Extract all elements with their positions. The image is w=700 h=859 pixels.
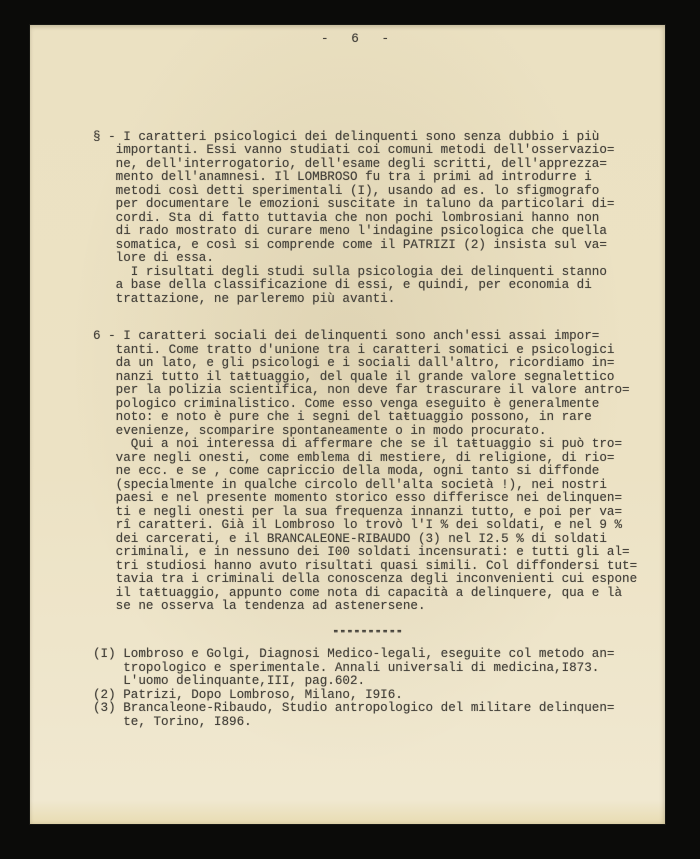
text-line: vare negli onesti, come emblema di mesti… bbox=[93, 452, 665, 466]
text-line: (2) Patrizi, Dopo Lombroso, Milano, I9I6… bbox=[93, 689, 665, 703]
text-line: (specialmente in qualche circolo dell'al… bbox=[93, 479, 665, 493]
text-line: per la polizia scientifica, non deve far… bbox=[93, 384, 665, 398]
text-line: il taŧtuaggio, appunto come nota di capa… bbox=[93, 587, 665, 601]
text-line: L'uomo delinquante,III, pag.602. bbox=[93, 675, 665, 689]
text-line: da un lato, e gli psicologi e i sociali … bbox=[93, 357, 665, 371]
text-line: di rado mostrato di curare meno l'indagi… bbox=[93, 225, 665, 239]
page-number: - 6 - bbox=[321, 33, 665, 47]
text-line: nanzi tutto il taŧtuaggio, del quale il … bbox=[93, 371, 665, 385]
text-line: evenienze, scomparire spontaneamente o i… bbox=[93, 425, 665, 439]
document-page: - 6 - § - I caratteri psicologici dei de… bbox=[30, 25, 665, 824]
text-line: noto: e noto è pure che i segni del taŧt… bbox=[93, 411, 665, 425]
paragraph-5: § - I caratteri psicologici dei delinque… bbox=[93, 131, 665, 307]
scan-background: - 6 - § - I caratteri psicologici dei de… bbox=[0, 0, 700, 859]
text-line: ne, dell'interrogatorio, dell'esame degl… bbox=[93, 158, 665, 172]
text-line: 6 - I caratteri sociali dei delinquenti … bbox=[93, 330, 665, 344]
text-line: metodi così detti sperimentali (I), usan… bbox=[93, 185, 665, 199]
text-line: tavia tra i criminali della conoscenza d… bbox=[93, 573, 665, 587]
text-line: per documentare le emozioni suscitate in… bbox=[93, 198, 665, 212]
text-line: Qui a noi interessa di affermare che se … bbox=[93, 438, 665, 452]
text-line: cordi. Sta di fatto tuttavia che non poc… bbox=[93, 212, 665, 226]
text-line: pologico criminalistico. Come esso venga… bbox=[93, 398, 665, 412]
text-line: somatica, e così si comprende come il PA… bbox=[93, 239, 665, 253]
text-line: rî caratteri. Già il Lombroso lo trovò l… bbox=[93, 519, 665, 533]
text-line: (3) Brancaleone-Ribaudo, Studio antropol… bbox=[93, 702, 665, 716]
text-line: ti e negli onesti per la sua frequenza i… bbox=[93, 506, 665, 520]
text-line: te, Torino, I896. bbox=[93, 716, 665, 730]
paragraph-6: 6 - I caratteri sociali dei delinquenti … bbox=[93, 330, 665, 614]
text-line: se ne osserva la tendenza ad astenersene… bbox=[93, 600, 665, 614]
text-line: tri studiosi hanno avuto risultati quasi… bbox=[93, 560, 665, 574]
text-line: mento dell'anamnesi. Il LOMBROSO fu tra … bbox=[93, 171, 665, 185]
text-line: importanti. Essi vanno studiati coi comu… bbox=[93, 144, 665, 158]
text-line: paesi e nel presente momento storico ess… bbox=[93, 492, 665, 506]
text-line: I risultati degli studi sulla psicologia… bbox=[93, 266, 665, 280]
text-line: dei carcerati, e il BRANCALEONE-RIBAUDO … bbox=[93, 533, 665, 547]
text-line: (I) Lombroso e Golgi, Diagnosi Medico-le… bbox=[93, 648, 665, 662]
text-line: ne ecc. e se , come capriccio della moda… bbox=[93, 465, 665, 479]
text-line: tanti. Come tratto d'unione tra i caratt… bbox=[93, 344, 665, 358]
text-line: § - I caratteri psicologici dei delinque… bbox=[93, 131, 665, 145]
text-line: trattazione, ne parleremo più avanti. bbox=[93, 293, 665, 307]
page-body: § - I caratteri psicologici dei delinque… bbox=[93, 131, 665, 730]
text-line: lore di essa. bbox=[93, 252, 665, 266]
text-line: tropologico e sperimentale. Annali unive… bbox=[93, 662, 665, 676]
typed-separator: ---------- bbox=[332, 625, 665, 639]
text-line: criminali, e in nessuno dei I00 soldati … bbox=[93, 546, 665, 560]
text-line: a base della classificazione di essi, e … bbox=[93, 279, 665, 293]
footnotes: (I) Lombroso e Golgi, Diagnosi Medico-le… bbox=[93, 648, 665, 729]
